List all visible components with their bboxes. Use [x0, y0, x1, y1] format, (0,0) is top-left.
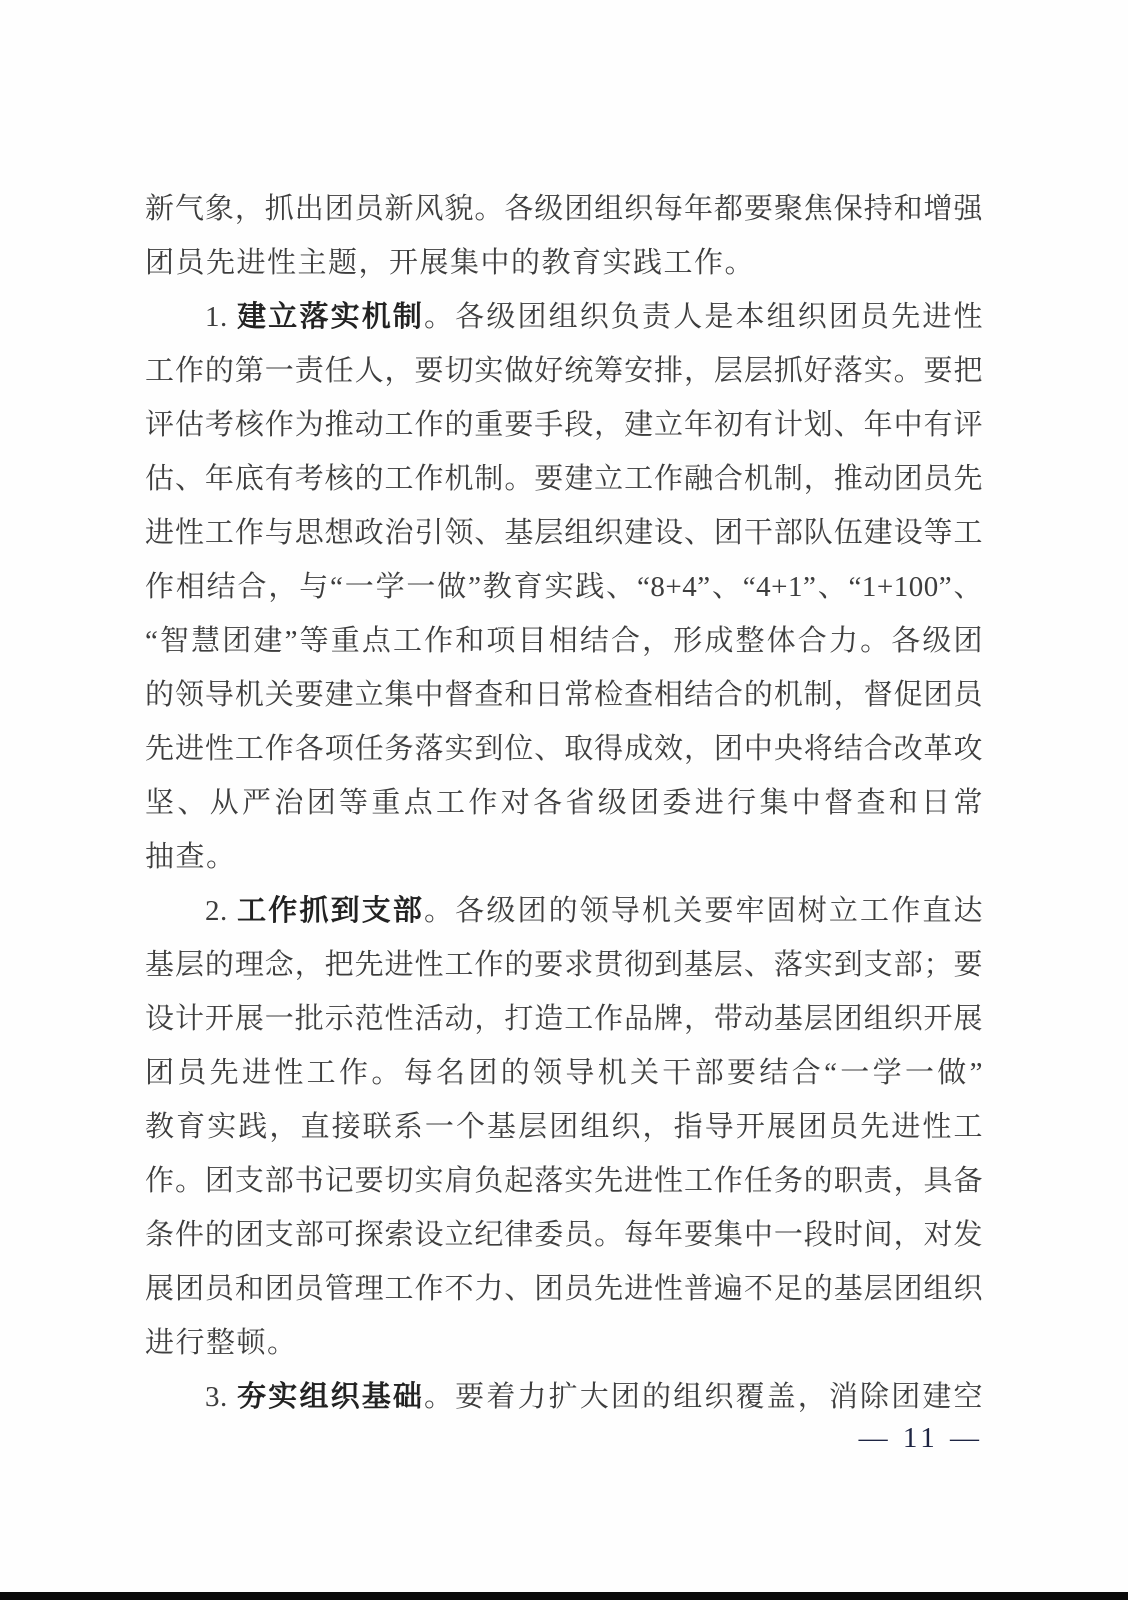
text-line-p3-l5: 教育实践，直接联系一个基层团组织，指导开展团员先进性工 — [145, 1100, 983, 1154]
text-line-p2-l9: 先进性工作各项任务落实到位、取得成效，团中央将结合改革攻 — [145, 722, 983, 776]
document-page: 新气象，抓出团员新风貌。各级团组织每年都要聚焦保持和增强团员先进性主题，开展集中… — [0, 0, 1128, 1600]
body-text-run: 教育实践，直接联系一个基层团组织，指导开展团员先进性工 — [145, 1111, 983, 1143]
text-line-p2-l8: 的领导机关要建立集中督查和日常检查相结合的机制，督促团员 — [145, 668, 983, 722]
text-line-p3-l4: 团员先进性工作。每名团的领导机关干部要结合“一学一做” — [145, 1046, 983, 1100]
text-line-p2-l2: 工作的第一责任人，要切实做好统筹安排，层层抓好落实。要把 — [145, 344, 983, 398]
body-text-run: 3. — [205, 1381, 237, 1413]
body-text-run: 团员先进性主题，开展集中的教育实践工作。 — [145, 247, 755, 279]
body-text-run: 1. — [205, 301, 237, 333]
text-line-p1-l2: 团员先进性主题，开展集中的教育实践工作。 — [145, 236, 983, 290]
text-line-p3-l2: 基层的理念，把先进性工作的要求贯彻到基层、落实到支部；要 — [145, 938, 983, 992]
body-text-run: 2. — [205, 895, 237, 927]
section-heading-text: 建立落实机制 — [237, 301, 424, 333]
text-line-p3-l8: 展团员和团员管理工作不力、团员先进性普遍不足的基层团组织 — [145, 1262, 983, 1316]
body-text-run: 。各级团的领导机关要牢固树立工作直达 — [424, 895, 983, 927]
body-text-run: 抽查。 — [145, 841, 237, 873]
text-line-p2-l4: 估、年底有考核的工作机制。要建立工作融合机制，推动团员先 — [145, 452, 983, 506]
text-line-p2-l6: 作相结合，与“一学一做”教育实践、“8+4”、“4+1”、“1+100”、 — [145, 560, 983, 614]
body-text-run: 进性工作与思想政治引领、基层组织建设、团干部队伍建设等工 — [145, 517, 983, 549]
text-line-p2-l7: “智慧团建”等重点工作和项目相结合，形成整体合力。各级团 — [145, 614, 983, 668]
body-text-run: 展团员和团员管理工作不力、团员先进性普遍不足的基层团组织 — [145, 1273, 983, 1305]
body-text-run: 进行整顿。 — [145, 1327, 298, 1359]
section-heading-text: 夯实组织基础 — [237, 1381, 424, 1413]
document-body-text: 新气象，抓出团员新风貌。各级团组织每年都要聚焦保持和增强团员先进性主题，开展集中… — [145, 182, 983, 1424]
body-text-run: 估、年底有考核的工作机制。要建立工作融合机制，推动团员先 — [145, 463, 983, 495]
text-line-p2-l10: 坚、从严治团等重点工作对各省级团委进行集中督查和日常 — [145, 776, 983, 830]
body-text-run: “智慧团建”等重点工作和项目相结合，形成整体合力。各级团 — [145, 625, 983, 657]
text-line-p3-l1: 2. 工作抓到支部。各级团的领导机关要牢固树立工作直达 — [145, 884, 983, 938]
body-text-run: 作相结合，与“一学一做”教育实践、“8+4”、“4+1”、“1+100”、 — [145, 571, 983, 603]
text-line-p1-l1: 新气象，抓出团员新风貌。各级团组织每年都要聚焦保持和增强 — [145, 182, 983, 236]
text-line-p2-l5: 进性工作与思想政治引领、基层组织建设、团干部队伍建设等工 — [145, 506, 983, 560]
body-text-run: 基层的理念，把先进性工作的要求贯彻到基层、落实到支部；要 — [145, 949, 983, 981]
text-line-p2-l1: 1. 建立落实机制。各级团组织负责人是本组织团员先进性 — [145, 290, 983, 344]
body-text-run: 新气象，抓出团员新风貌。各级团组织每年都要聚焦保持和增强 — [145, 193, 983, 225]
body-text-run: 。要着力扩大团的组织覆盖，消除团建空 — [424, 1381, 983, 1413]
body-text-run: 条件的团支部可探索设立纪律委员。每年要集中一段时间，对发 — [145, 1219, 983, 1251]
body-text-run: 团员先进性工作。每名团的领导机关干部要结合“一学一做” — [145, 1057, 983, 1089]
text-line-p3-l9: 进行整顿。 — [145, 1316, 983, 1370]
text-line-p4-l1: 3. 夯实组织基础。要着力扩大团的组织覆盖，消除团建空 — [145, 1370, 983, 1424]
body-text-run: 的领导机关要建立集中督查和日常检查相结合的机制，督促团员 — [145, 679, 983, 711]
text-line-p3-l7: 条件的团支部可探索设立纪律委员。每年要集中一段时间，对发 — [145, 1208, 983, 1262]
text-line-p2-l11: 抽查。 — [145, 830, 983, 884]
section-heading-text: 工作抓到支部 — [237, 895, 424, 927]
body-text-run: 先进性工作各项任务落实到位、取得成效，团中央将结合改革攻 — [145, 733, 983, 765]
body-text-run: 评估考核作为推动工作的重要手段，建立年初有计划、年中有评 — [145, 409, 983, 441]
body-text-run: 工作的第一责任人，要切实做好统筹安排，层层抓好落实。要把 — [145, 355, 983, 387]
body-text-run: 作。团支部书记要切实肩负起落实先进性工作任务的职责，具备 — [145, 1165, 983, 1197]
body-text-run: 坚、从严治团等重点工作对各省级团委进行集中督查和日常 — [145, 787, 983, 819]
page-number: — 11 — — [145, 1418, 983, 1458]
text-line-p3-l3: 设计开展一批示范性活动，打造工作品牌，带动基层团组织开展 — [145, 992, 983, 1046]
bottom-edge-bar — [0, 1592, 1128, 1600]
body-text-run: 设计开展一批示范性活动，打造工作品牌，带动基层团组织开展 — [145, 1003, 983, 1035]
text-line-p2-l3: 评估考核作为推动工作的重要手段，建立年初有计划、年中有评 — [145, 398, 983, 452]
body-text-run: 。各级团组织负责人是本组织团员先进性 — [424, 301, 983, 333]
text-line-p3-l6: 作。团支部书记要切实肩负起落实先进性工作任务的职责，具备 — [145, 1154, 983, 1208]
